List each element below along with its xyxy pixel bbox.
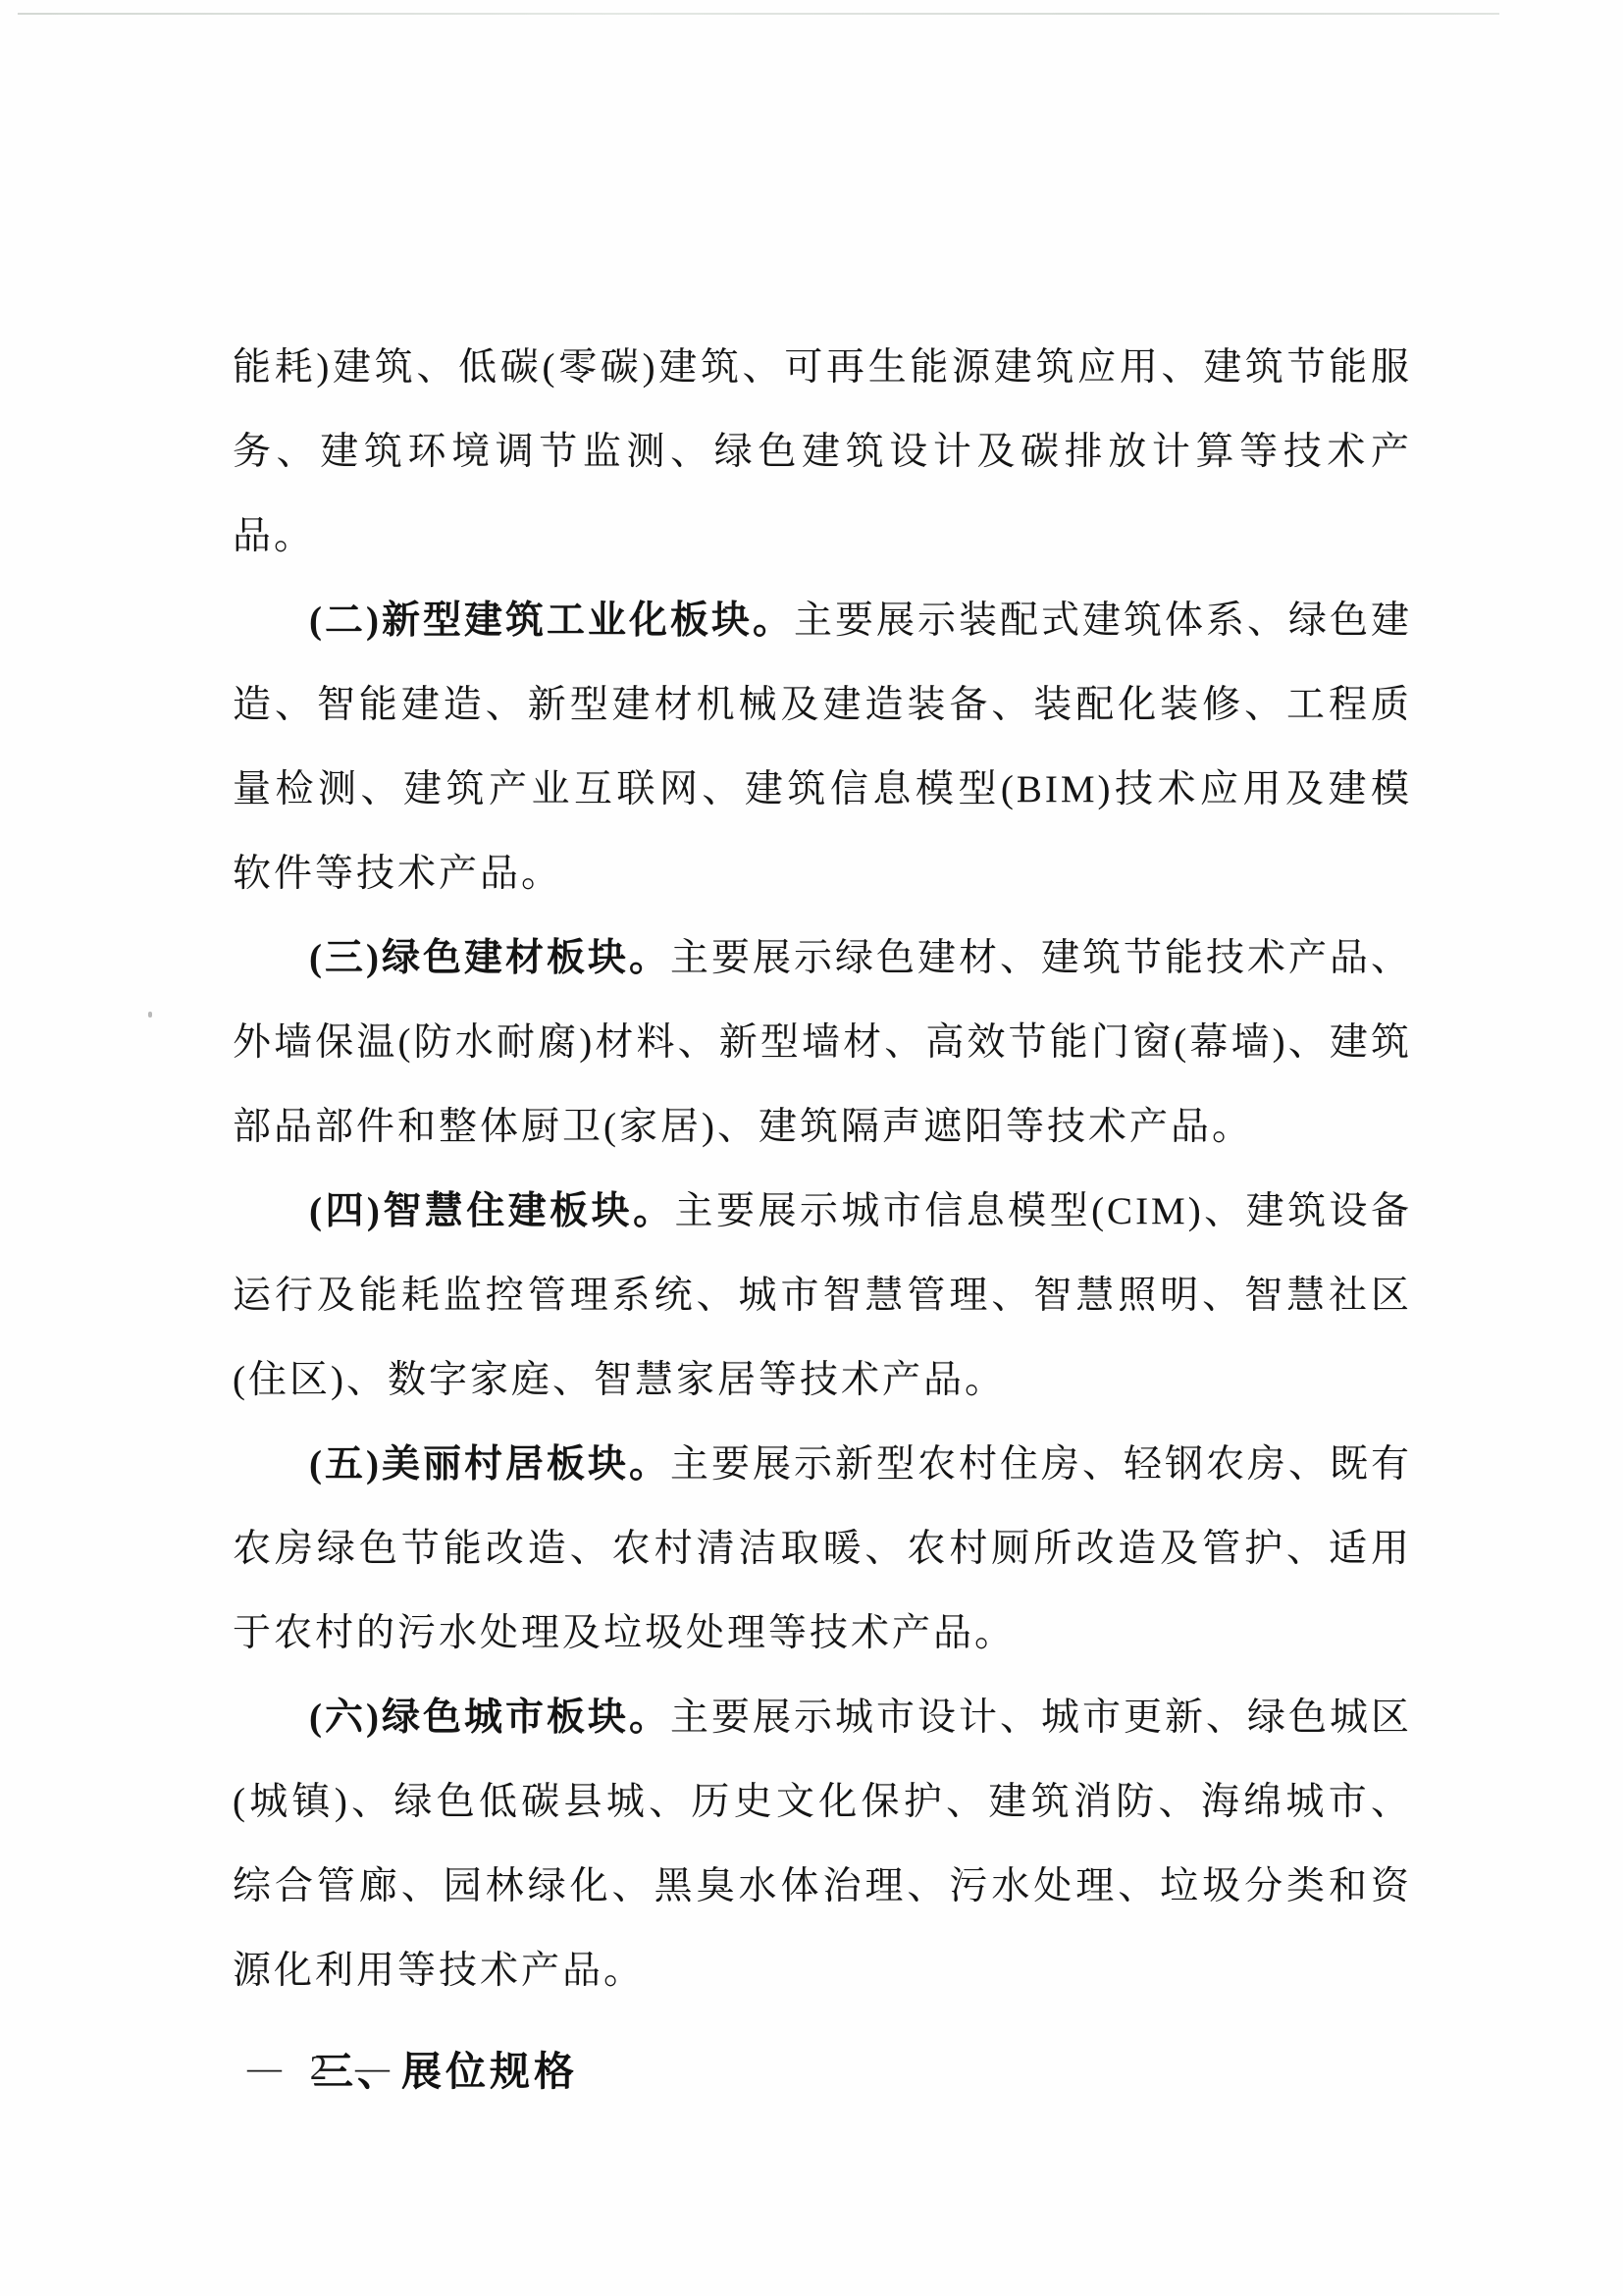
paragraph-section-5: (五)美丽村居板块。主要展示新型农村住房、轻钢农房、既有农房绿色节能改造、农村清…: [233, 1423, 1412, 1676]
section-2-lead: (二)新型建筑工业化板块。: [309, 600, 794, 642]
scan-artifact-line: [18, 13, 1499, 15]
paragraph-text: 主要展示城市设计、城市更新、绿色城区(城镇)、绿色低碳县城、历史文化保护、建筑消…: [233, 1696, 1412, 1992]
section-4-lead: (四)智慧住建板块。: [309, 1190, 675, 1232]
paragraph-section-2: (二)新型建筑工业化板块。主要展示装配式建筑体系、绿色建造、智能建造、新型建材机…: [233, 579, 1412, 916]
section-heading: 三、展位规格: [233, 2029, 1412, 2113]
paragraph-section-6: (六)绿色城市板块。主要展示城市设计、城市更新、绿色城区(城镇)、绿色低碳县城、…: [233, 1676, 1412, 2013]
scan-artifact-speck: [148, 1012, 152, 1018]
section-6-lead: (六)绿色城市板块。: [309, 1696, 670, 1739]
paragraph-section-3: (三)绿色建材板块。主要展示绿色建材、建筑节能技术产品、外墙保温(防水耐腐)材料…: [233, 916, 1412, 1170]
document-page: 能耗)建筑、低碳(零碳)建筑、可再生能源建筑应用、建筑节能服务、建筑环境调节监测…: [0, 0, 1623, 2296]
paragraph-section-4: (四)智慧住建板块。主要展示城市信息模型(CIM)、建筑设备运行及能耗监控管理系…: [233, 1170, 1412, 1423]
section-5-lead: (五)美丽村居板块。: [309, 1443, 670, 1486]
paragraph-text: 能耗)建筑、低碳(零碳)建筑、可再生能源建筑应用、建筑节能服务、建筑环境调节监测…: [233, 346, 1412, 557]
page-number: — 2 —: [247, 2049, 399, 2088]
document-body: 能耗)建筑、低碳(零碳)建筑、可再生能源建筑应用、建筑节能服务、建筑环境调节监测…: [233, 326, 1412, 2113]
section-3-lead: (三)绿色建材板块。: [309, 937, 670, 979]
paragraph-text: 主要展示装配式建筑体系、绿色建造、智能建造、新型建材机械及建造装备、装配化装修、…: [233, 600, 1412, 895]
paragraph-continuation: 能耗)建筑、低碳(零碳)建筑、可再生能源建筑应用、建筑节能服务、建筑环境调节监测…: [233, 326, 1412, 579]
